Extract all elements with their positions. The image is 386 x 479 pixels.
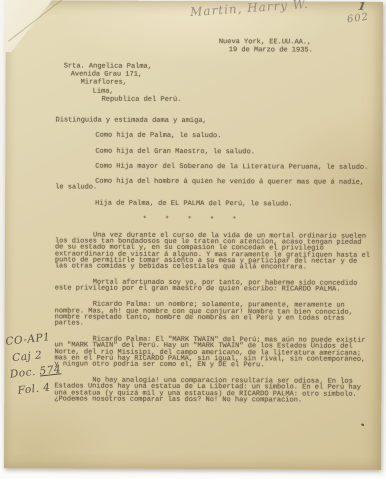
address-line: Miraflores, xyxy=(81,79,182,88)
greeting-line: Hija de Palma, de EL PALMA del Perú, le … xyxy=(55,200,371,208)
recipient-address-block: Srta. Angelica Palma, Avenida Grau 171, … xyxy=(64,62,182,104)
date-block: Nueva York, EE.UU.AA., 19 de Marzo de 19… xyxy=(219,38,313,54)
body-paragraph: Mortal afortunado soy yo, por tanto, por… xyxy=(55,280,371,294)
body-paragraph: Una vez durante el curso de la vida de u… xyxy=(55,232,371,271)
body-paragraph: No hay analogía! una comparacion resulta… xyxy=(54,377,370,404)
asterisk-divider: * * * * * xyxy=(55,216,371,224)
archive-doc-number: 574 xyxy=(39,363,62,377)
paper-fold-corner xyxy=(4,0,68,52)
letter-body: Distinguida y estimada dama y amiga, Com… xyxy=(54,117,371,403)
body-paragraph: Ricardo Palma: El "MARK TWAIN" del Perú;… xyxy=(54,336,370,369)
address-line: Lima, xyxy=(93,87,182,96)
address-line: Republica del Perú. xyxy=(102,95,182,104)
archive-doc-label: Doc. xyxy=(9,366,36,381)
salutation: Distinguida y estimada dama y amiga, xyxy=(55,117,371,125)
ink-speck xyxy=(361,423,365,426)
greeting-line: Como hija del hombre á quien he venido á… xyxy=(55,179,371,193)
letter-paper: Nueva York, EE.UU.AA., 19 de Marzo de 19… xyxy=(4,0,383,470)
scanned-letter-page: Nueva York, EE.UU.AA., 19 de Marzo de 19… xyxy=(0,0,386,479)
date-line: 19 de Marzo de 1935. xyxy=(229,46,313,54)
greeting-line: Como Hija mayor del Soberano de la Liter… xyxy=(55,163,371,171)
greeting-line: Como hija del Gran Maestro, le saludo. xyxy=(55,148,371,156)
body-paragraph: Ricardo Palma: un nombre; solamente, pur… xyxy=(55,302,371,329)
archive-reference-annotation: CO-AP1 Caj 2 Doc. 574 Fol. 4 xyxy=(5,328,64,399)
greeting-line: Como hija de Palma, le saludo. xyxy=(55,133,371,141)
